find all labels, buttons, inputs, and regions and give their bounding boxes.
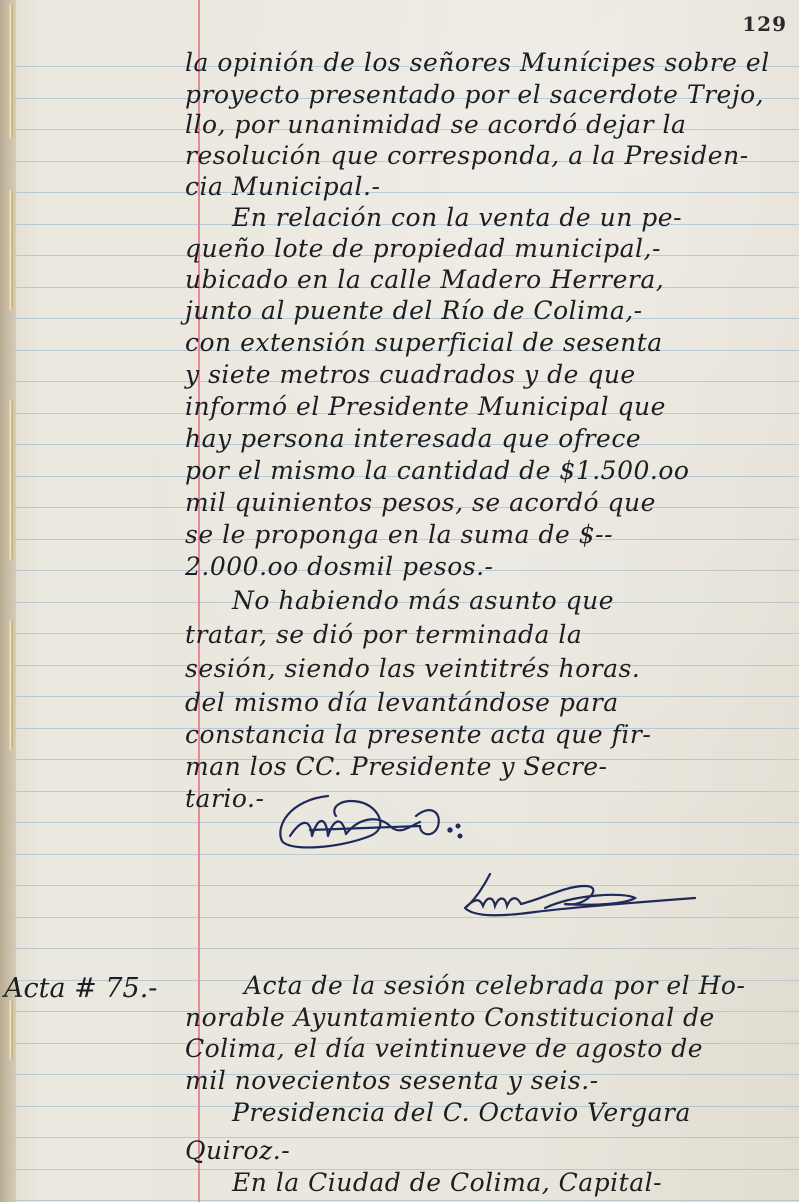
next-act-line: Presidencia del C. Octavio Vergara — [232, 1100, 793, 1125]
binding-stitch — [8, 190, 13, 310]
body-line: y siete metros cuadrados y de que — [185, 362, 793, 387]
body-line: sesión, siendo las veintitrés horas. — [185, 656, 793, 681]
binding-stitch — [8, 620, 13, 750]
next-act-line: En la Ciudad de Colima, Capital- — [232, 1170, 793, 1195]
body-line: tratar, se dió por terminada la — [185, 622, 793, 647]
body-line: del mismo día levantándose para — [185, 690, 793, 715]
ruled-line — [14, 948, 799, 949]
next-act-line: Colima, el día veintinueve de agosto de — [185, 1036, 793, 1061]
body-line: man los CC. Presidente y Secre- — [185, 754, 793, 779]
page-number: 129 — [742, 12, 787, 36]
margin-note-act-number: Acta # 75.- — [4, 973, 157, 1004]
body-line: ubicado en la calle Madero Herrera, — [185, 267, 793, 292]
body-line: proyecto presentado por el sacerdote Tre… — [185, 82, 793, 107]
body-line: No habiendo más asunto que — [232, 588, 793, 613]
body-line: informó el Presidente Municipal que — [185, 394, 793, 419]
body-line: hay persona interesada que ofrece — [185, 426, 793, 451]
body-line: mil quinientos pesos, se acordó que — [185, 490, 793, 515]
body-line: constancia la presente acta que fir- — [185, 722, 793, 747]
next-act-line: mil novecientos sesenta y seis.- — [185, 1068, 793, 1093]
binding-stitch — [8, 1000, 13, 1060]
body-line: por el mismo la cantidad de $1.500.oo — [185, 458, 793, 483]
body-line: En relación con la venta de un pe- — [232, 205, 793, 230]
body-line: resolución que corresponda, a la Preside… — [185, 143, 793, 168]
body-line: se le proponga en la suma de $-- — [185, 522, 793, 547]
body-line: llo, por unanimidad se acordó dejar la — [185, 112, 793, 137]
body-line: 2.000.oo dosmil pesos.- — [185, 554, 793, 579]
body-line: cia Municipal.- — [185, 174, 793, 199]
next-act-line: Quiroz.- — [185, 1138, 793, 1163]
signature-presidente — [270, 786, 490, 856]
body-line: junto al puente del Río de Colima,- — [185, 298, 793, 323]
next-act-line: norable Ayuntamiento Constitucional de — [185, 1005, 793, 1030]
body-line: con extensión superficial de sesenta — [185, 330, 793, 355]
ledger-page: 129 la opinión de los señores Munícipes … — [0, 0, 799, 1202]
next-act-line: Acta de la sesión celebrada por el Ho- — [244, 973, 793, 998]
body-line: queño lote de propiedad municipal,- — [185, 236, 793, 261]
signature-secretario — [455, 868, 705, 928]
body-line: la opinión de los señores Munícipes sobr… — [185, 50, 793, 75]
binding-stitch — [8, 400, 13, 560]
ruled-line — [14, 1200, 799, 1201]
binding-stitch — [8, 4, 13, 139]
